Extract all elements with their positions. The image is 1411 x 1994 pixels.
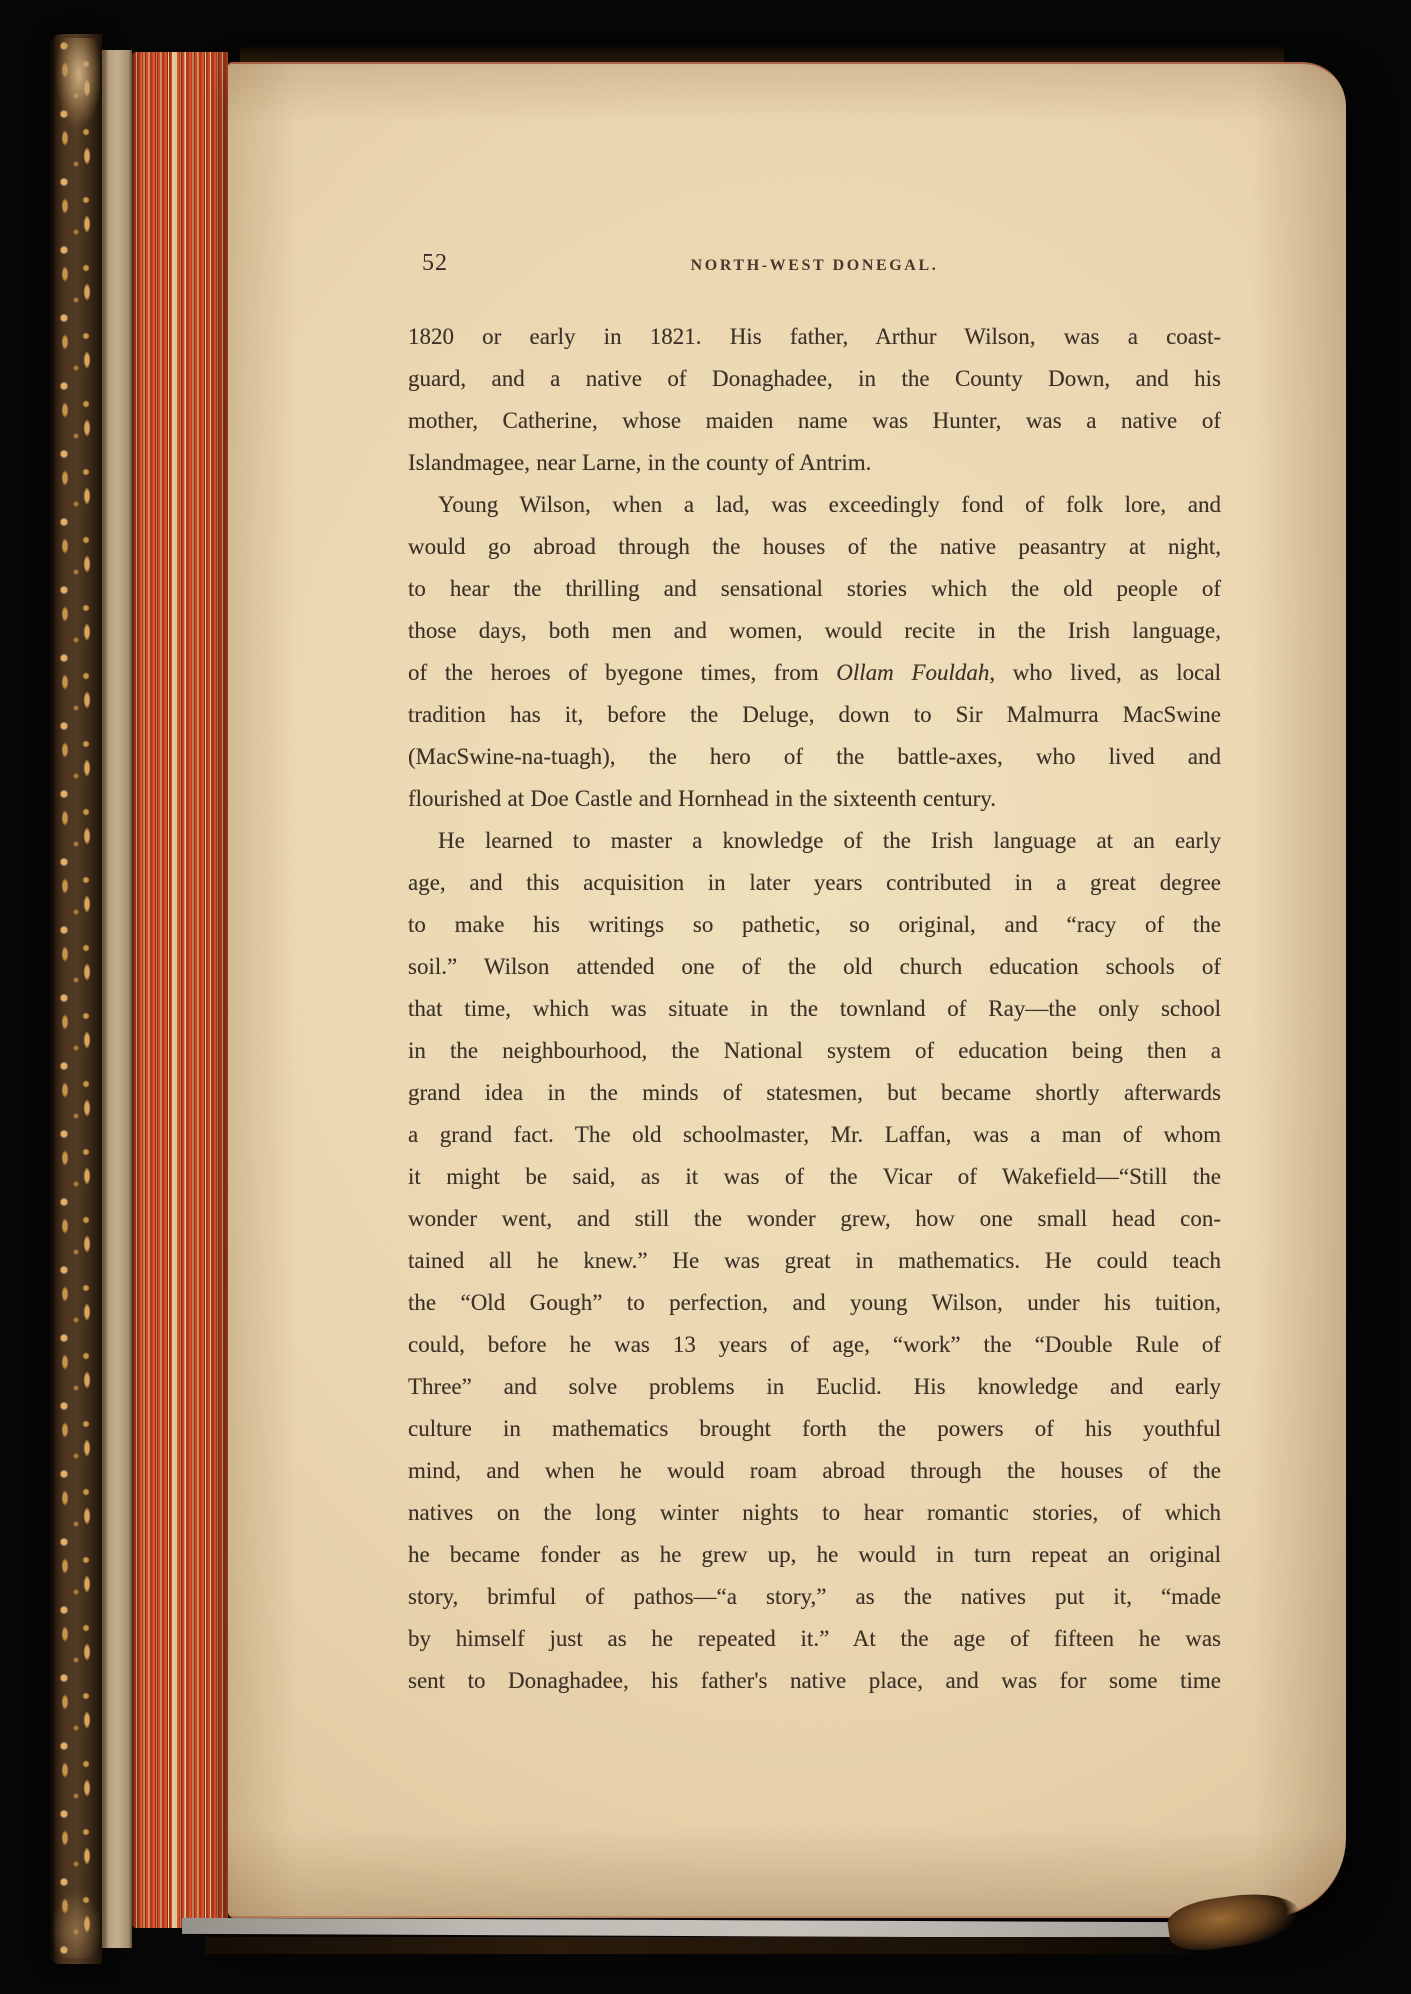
text-line: the “Old Gough” to perfection, and young…: [408, 1282, 1221, 1324]
text-line: grand idea in the minds of statesmen, bu…: [408, 1072, 1221, 1114]
text-line: story, brimful of pathos—“a story,” as t…: [408, 1576, 1221, 1618]
text-segment: of the heroes of byegone times, from: [408, 660, 836, 685]
text-line: he became fonder as he grew up, he would…: [408, 1534, 1221, 1576]
text-line: could, before he was 13 years of age, “w…: [408, 1324, 1221, 1366]
text-line: mother, Catherine, whose maiden name was…: [408, 400, 1221, 442]
text-line: Young Wilson, when a lad, was exceedingl…: [408, 484, 1221, 526]
text-line: natives on the long winter nights to hea…: [408, 1492, 1221, 1534]
body-text: 1820 or early in 1821. His father, Arthu…: [408, 316, 1221, 1702]
red-page-edges: [132, 52, 228, 1928]
under-page-edge: [182, 1918, 1184, 1938]
text-line: (MacSwine-na-tuagh), the hero of the bat…: [408, 736, 1221, 778]
text-segment-italic: Ollam Fouldah: [836, 660, 989, 685]
book-page: 52 NORTH-WEST DONEGAL. 1820 or early in …: [228, 62, 1346, 1918]
text-line: soil.” Wilson attended one of the old ch…: [408, 946, 1221, 988]
text-line: to make his writings so pathetic, so ori…: [408, 904, 1221, 946]
running-title: NORTH-WEST DONEGAL.: [408, 257, 1221, 275]
text-line: by himself just as he repeated it.” At t…: [408, 1618, 1221, 1660]
text-line: would go abroad through the houses of th…: [408, 526, 1221, 568]
text-line: guard, and a native of Donaghadee, in th…: [408, 358, 1221, 400]
book-bottom-edge: [205, 1937, 1190, 1954]
text-line: it might be said, as it was of the Vicar…: [408, 1156, 1221, 1198]
text-line: to hear the thrilling and sensational st…: [408, 568, 1221, 610]
text-line: of the heroes of byegone times, from Oll…: [408, 652, 1221, 694]
page-content: 52 NORTH-WEST DONEGAL. 1820 or early in …: [228, 64, 1346, 1702]
text-line: in the neighbourhood, the National syste…: [408, 1030, 1221, 1072]
text-line: mind, and when he would roam abroad thro…: [408, 1450, 1221, 1492]
text-line: those days, both men and women, would re…: [408, 610, 1221, 652]
text-line: Islandmagee, near Larne, in the county o…: [408, 442, 1221, 484]
text-line: flourished at Doe Castle and Hornhead in…: [408, 778, 1221, 820]
photo-background: 52 NORTH-WEST DONEGAL. 1820 or early in …: [0, 0, 1411, 1994]
spine-hinge: [102, 50, 132, 1948]
text-line: tradition has it, before the Deluge, dow…: [408, 694, 1221, 736]
text-line: sent to Donaghadee, his father's native …: [408, 1660, 1221, 1702]
text-line: He learned to master a knowledge of the …: [408, 820, 1221, 862]
text-line: tained all he knew.” He was great in mat…: [408, 1240, 1221, 1282]
text-line: 1820 or early in 1821. His father, Arthu…: [408, 316, 1221, 358]
text-line: wonder went, and still the wonder grew, …: [408, 1198, 1221, 1240]
text-line: a grand fact. The old schoolmaster, Mr. …: [408, 1114, 1221, 1156]
text-line: culture in mathematics brought forth the…: [408, 1408, 1221, 1450]
text-segment: , who lived, as local: [989, 660, 1221, 685]
text-line: age, and this acquisition in later years…: [408, 862, 1221, 904]
text-line: Three” and solve problems in Euclid. His…: [408, 1366, 1221, 1408]
text-line: that time, which was situate in the town…: [408, 988, 1221, 1030]
book-spine: [50, 34, 102, 1964]
running-head: 52 NORTH-WEST DONEGAL.: [408, 250, 1221, 290]
